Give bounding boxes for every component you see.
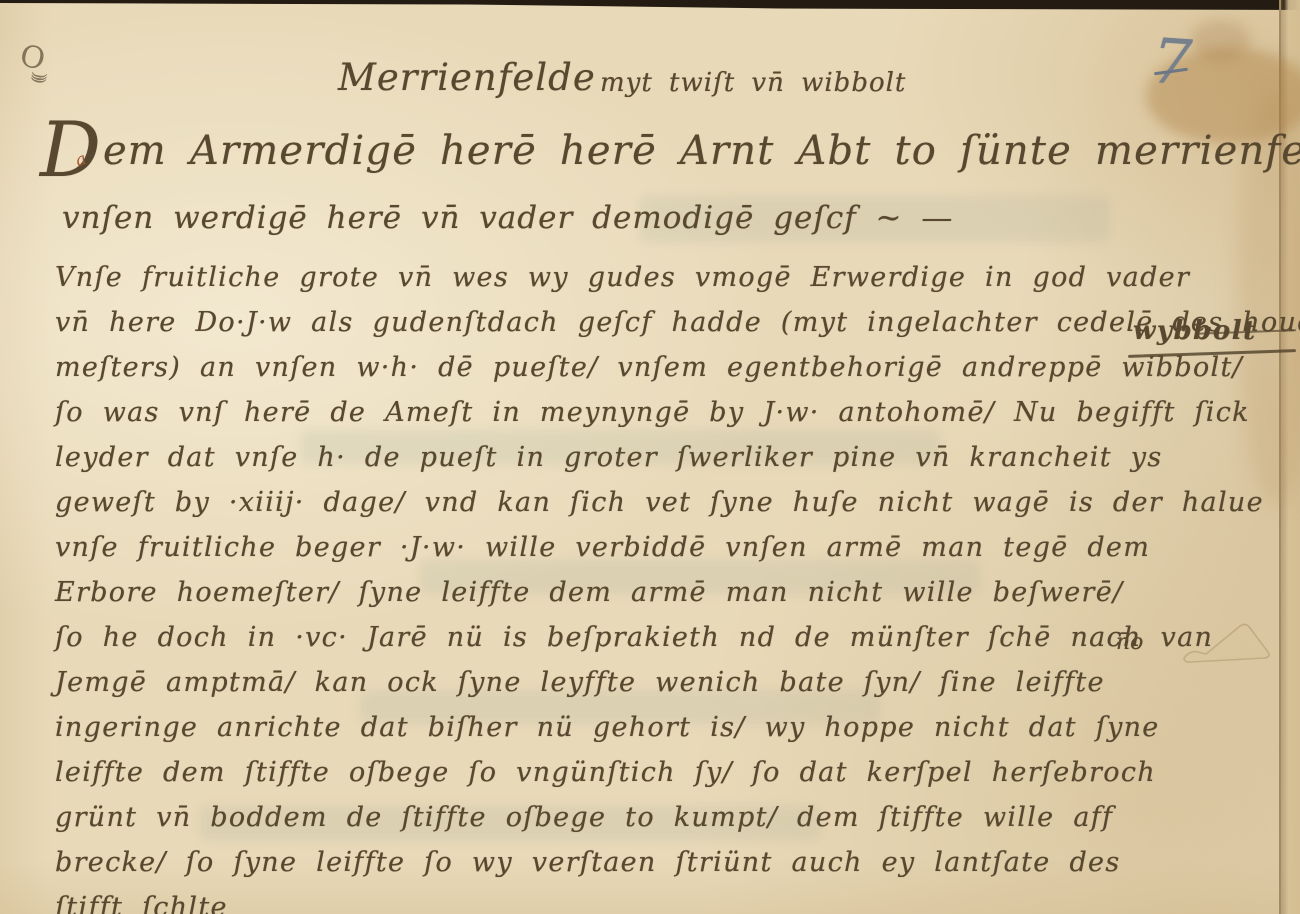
body-line: ſo was vnſ herē de Ameſt in meynyngē by …: [55, 397, 1250, 428]
body-line: leiffte dem ſtiffte oſbege ſo vngünſtich…: [55, 757, 1156, 788]
body-line: meſters) an vnſen w·h· dē pueſte/ vnſem …: [55, 352, 1243, 383]
pencil-arrow-mark: [1178, 608, 1290, 674]
heading-placename: Merrienfelde: [338, 56, 596, 99]
margin-note-no: n̄o: [1116, 630, 1143, 655]
salutation-line-1-text: em Armerdigē herē herē Arnt Abt to ſünte…: [103, 128, 1300, 174]
body-line: ſo he doch in ·vc· Jarē nü is beſprakiet…: [55, 622, 1213, 653]
folio-number: 7: [1152, 26, 1212, 116]
body-line: vnſe fruitliche beger ·J·w· wille verbid…: [55, 532, 1150, 563]
body-line: Erbore hoemeſter/ ſyne leiffte dem armē …: [55, 577, 1123, 608]
body-line: geweſt by ·xiiij· dage/ vnd kan ſich vet…: [55, 487, 1264, 518]
quire-mark-head: O: [18, 43, 52, 74]
manuscript-page: O ))) Merrienfelde myt twiſt vn̄ wibbolt…: [0, 0, 1300, 914]
heading-addition: myt twiſt vn̄ wibbolt: [600, 68, 906, 98]
body-line: ingeringe anrichte dat biſher nü gehort …: [55, 712, 1160, 743]
salutation-line-1: Dem Armerdigē herē herē Arnt Abt to ſünt…: [40, 128, 1300, 174]
body-line: vn̄ here Do·J·w als gudenſtdach geſcf ha…: [55, 307, 1300, 338]
body-line: grünt vn̄ boddem de ſtiffte oſbege to ku…: [55, 802, 1113, 833]
quire-mark-strokes: ))): [29, 71, 50, 82]
salutation-line-2: vnſen werdigē herē vn̄ vader demodigē ge…: [62, 200, 953, 236]
body-line: leyder dat vnſe h· de pueſt in groter ſw…: [55, 442, 1162, 473]
folio-number-digit: 7: [1150, 24, 1215, 101]
body-line-partial: ſtifft ſchlte: [55, 892, 228, 914]
photo-top-edge: [0, 0, 1300, 10]
decorated-initial: D: [40, 105, 101, 194]
quire-mark: O ))): [20, 46, 49, 80]
body-line: Vnſe fruitliche grote vn̄ wes wy gudes v…: [55, 262, 1190, 293]
body-line: brecke/ ſo ſyne leiffte ſo wy verſtaen ſ…: [55, 847, 1120, 878]
body-line: Jemgē amptmā/ kan ock ſyne leyffte wenic…: [55, 667, 1105, 698]
